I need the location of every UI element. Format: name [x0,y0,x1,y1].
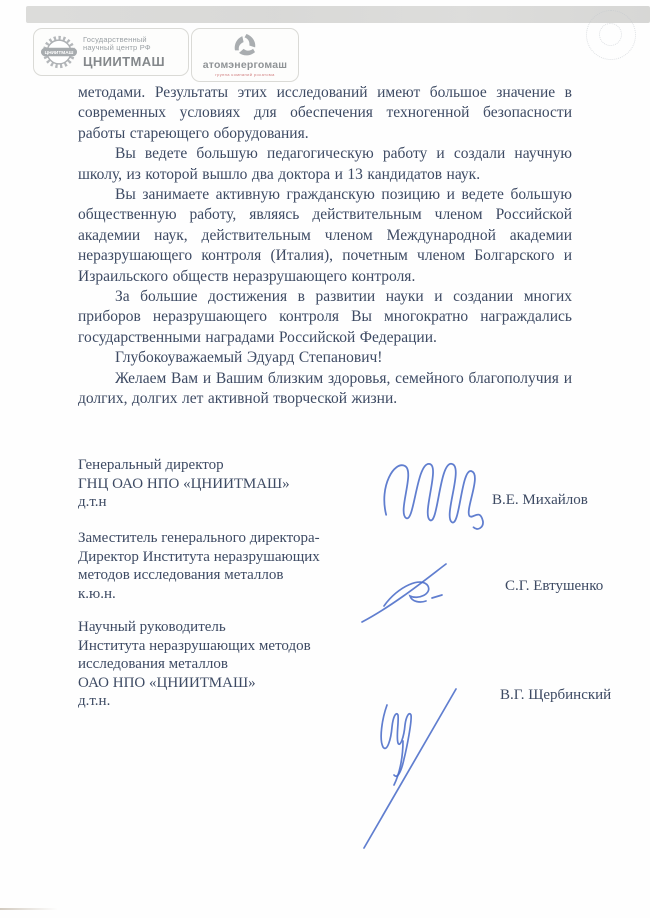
signer2-name: С.Г. Евтушенко [505,578,603,595]
signer2-title-line2: Директор Института неразрушающих [78,548,398,567]
paragraph-3: Вы занимаете активную гражданскую позици… [78,185,572,287]
cniitmash-logo: ЦНИИТМАШ Государственный научный центр Р… [33,28,189,76]
signature2-ink [358,556,458,626]
signature1-ink [382,452,486,536]
atomenergomash-logo: атомэнергомаш группа компаний росатома [191,28,299,82]
scanned-letter-page: ЦНИИТМАШ Государственный научный центр Р… [0,0,650,918]
signer3-title-line2: Института неразрушающих методов [78,637,398,656]
letterhead: ЦНИИТМАШ Государственный научный центр Р… [33,28,299,82]
signature3-ink [356,683,461,853]
swirl-icon [233,33,258,58]
signer3-title-line3: исследования металлов [78,655,398,674]
signer3-title: Научный руководитель Института неразруша… [78,618,398,711]
gear-emblem-text: ЦНИИТМАШ [45,50,74,56]
scan-edge-artifact [26,6,650,23]
embossed-seal-icon [586,10,636,60]
paragraph-4: За большие достижения в развитии науки и… [78,287,572,348]
signer1-name: В.Е. Михайлов [492,492,588,509]
signer3-title-line4: ОАО НПО «ЦНИИТМАШ» [78,674,398,693]
salutation: Глубокоуважаемый Эдуард Степанович! [78,348,572,368]
paragraph-1: методами. Результаты этих исследований и… [78,83,572,144]
signer2-title-line4: к.ю.н. [78,585,398,604]
signer3-title-line1: Научный руководитель [78,618,398,637]
signer1-title-line1: Генеральный директор [78,456,398,475]
signer1-title-line2: ГНЦ ОАО НПО «ЦНИИТМАШ» [78,475,398,494]
signer1-title: Генеральный директор ГНЦ ОАО НПО «ЦНИИТМ… [78,456,398,512]
org-subtitle-line2: научный центр РФ [83,44,165,53]
signer2-title-line1: Заместитель генерального директора- [78,529,398,548]
atomenergomash-tagline: группа компаний росатома [215,72,274,77]
org-name: ЦНИИТМАШ [83,54,165,69]
atomenergomash-name: атомэнергомаш [203,59,287,71]
paragraph-6: Желаем Вам и Вашим близким здоровья, сем… [78,369,572,410]
signer1-title-line3: д.т.н [78,493,398,512]
scan-corner-artifact [0,908,58,910]
gear-emblem-icon: ЦНИИТМАШ [40,33,78,71]
letter-body: методами. Результаты этих исследований и… [78,83,572,410]
signer3-name: В.Г. Щербинский [500,687,611,704]
signer3-title-line5: д.т.н. [78,692,398,711]
signer2-title: Заместитель генерального директора- Дире… [78,529,398,603]
signer2-title-line3: методов исследования металлов [78,566,398,585]
paragraph-2: Вы ведете большую педагогическую работу … [78,144,572,185]
embossed-seal-inner [599,23,622,46]
